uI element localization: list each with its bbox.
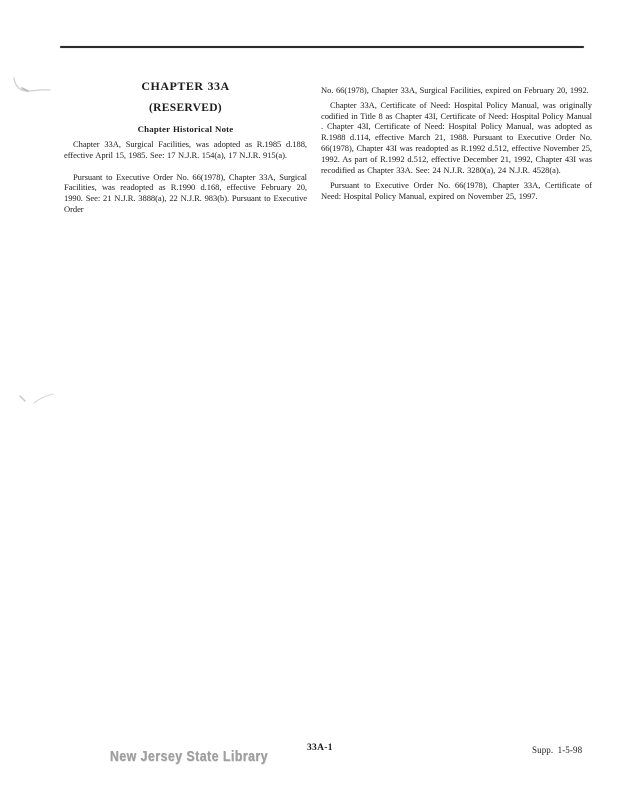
pencil-mark-left-margin	[16, 384, 62, 412]
chapter-title: CHAPTER 33A	[64, 80, 307, 93]
two-column-text-block: CHAPTER 33A (RESERVED) Chapter Historica…	[64, 80, 592, 215]
left-column: CHAPTER 33A (RESERVED) Chapter Historica…	[64, 80, 307, 215]
pencil-mark-top-left	[6, 74, 56, 106]
historical-note-paragraph: Chapter 33A, Certificate of Need: Hospit…	[321, 100, 592, 176]
reserved-label: (RESERVED)	[64, 102, 307, 115]
historical-note-paragraph: Pursuant to Executive Order No. 66(1978)…	[64, 172, 307, 215]
page-number: 33A-1	[307, 743, 333, 753]
historical-note-paragraph-continuation: No. 66(1978), Chapter 33A, Surgical Faci…	[321, 85, 592, 96]
right-column: No. 66(1978), Chapter 33A, Surgical Faci…	[321, 80, 592, 215]
historical-note-heading: Chapter Historical Note	[64, 124, 307, 134]
top-rule	[60, 46, 584, 48]
historical-note-paragraph: Chapter 33A, Surgical Facilities, was ad…	[64, 139, 307, 161]
document-page: CHAPTER 33A (RESERVED) Chapter Historica…	[0, 0, 618, 800]
historical-note-paragraph: Pursuant to Executive Order No. 66(1978)…	[321, 180, 592, 202]
supplement-date: Supp. 1-5-98	[532, 745, 582, 755]
library-stamp: New Jersey State Library	[110, 748, 268, 765]
